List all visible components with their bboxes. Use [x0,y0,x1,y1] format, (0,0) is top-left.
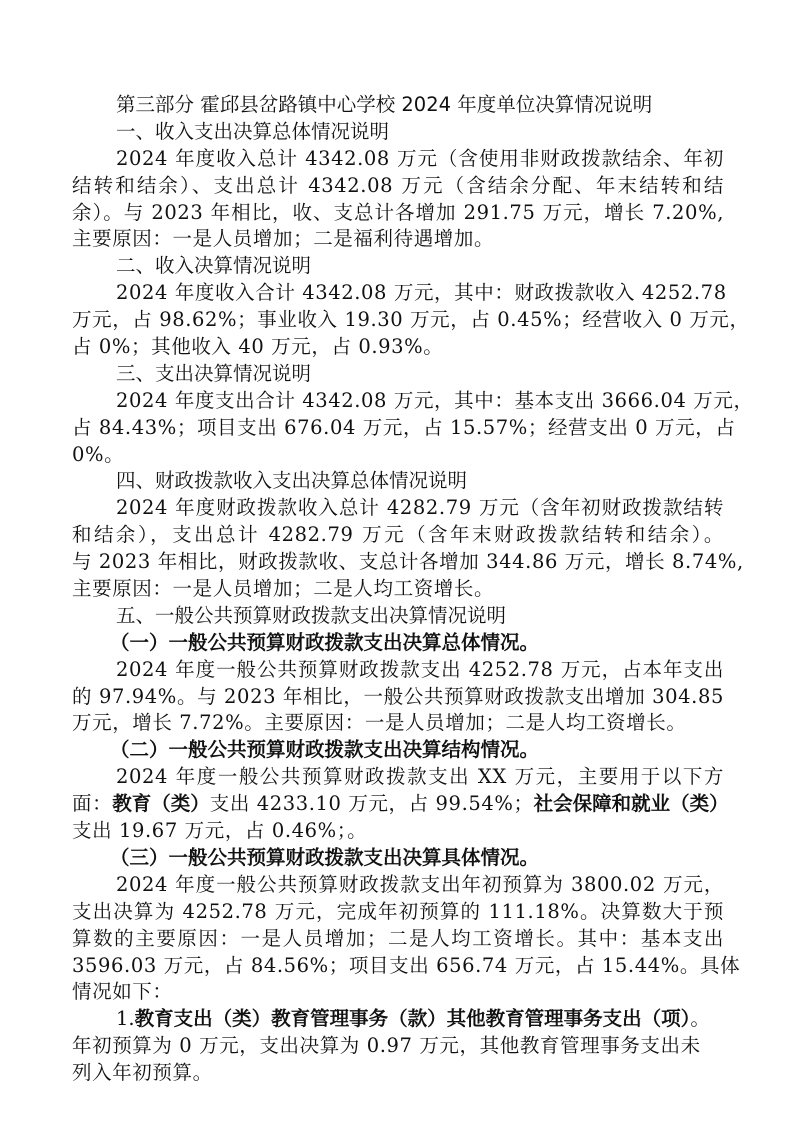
paragraph-line: 支出 19.67 万元，占 0.46%；。 [72,818,724,845]
item-1-heading: 1.教育支出（类）教育管理事务（款）其他教育管理事务支出（项）。 [72,1006,724,1033]
section-1-heading: 一、收入支出决算总体情况说明 [72,119,724,146]
paragraph-line: 年初预算为 0 万元，支出决算为 0.97 万元，其他教育管理事务支出未 [72,1033,724,1060]
paragraph-line: 2024 年度一般公共预算财政拨款支出年初预算为 3800.02 万元， [72,872,724,899]
document-title: 第三部分 霍邱县岔路镇中心学校 2024 年度单位决算情况说明 [72,92,724,119]
paragraph-line: 万元，占 98.62%；事业收入 19.30 万元，占 0.45%；经营收入 0… [72,307,724,334]
subsection-1-heading: （一）一般公共预算财政拨款支出决算总体情况。 [72,630,724,657]
paragraph-line: 2024 年度收入合计 4342.08 万元，其中：财政拨款收入 4252.78 [72,280,724,307]
paragraph-line: 主要原因：一是人员增加；二是人均工资增长。 [72,576,724,603]
paragraph-line: 万元，增长 7.72%。主要原因：一是人员增加；二是人均工资增长。 [72,710,724,737]
text-segment: 支出 4233.10 万元，占 99.54%； [210,792,534,815]
section-3-heading: 三、支出决算情况说明 [72,361,724,388]
paragraph-line: 2024 年度财政拨款收入总计 4282.79 万元（含年初财政拨款结转 [72,495,724,522]
paragraph-line: 余）。与 2023 年相比，收、支总计各增加 291.75 万元，增长 7.20… [72,200,724,227]
paragraph-line: 情况如下： [72,979,724,1006]
paragraph-line: 2024 年度一般公共预算财政拨款支出 XX 万元，主要用于以下方 [72,764,724,791]
bold-category-social-security: 社会保障和就业（类） [534,792,729,815]
paragraph-line: 2024 年度一般公共预算财政拨款支出 4252.78 万元，占本年支出 [72,657,724,684]
paragraph-line: 2024 年度支出合计 4342.08 万元，其中：基本支出 3666.04 万… [72,388,724,415]
section-5-heading: 五、一般公共预算财政拨款支出决算情况说明 [72,603,724,630]
subsection-3-heading: （三）一般公共预算财政拨款支出决算具体情况。 [72,845,724,872]
paragraph-line: 2024 年度收入总计 4342.08 万元（含使用非财政拨款结余、年初 [72,146,724,173]
paragraph-line: 结转和结余）、支出总计 4342.08 万元（含结余分配、年末结转和结 [72,173,724,200]
paragraph-line: 0%。 [72,442,724,469]
paragraph-line-mixed: 面：教育（类）支出 4233.10 万元，占 99.54%；社会保障和就业（类） [72,791,724,818]
paragraph-line: 与 2023 年相比，财政拨款收、支总计各增加 344.86 万元，增长 8.7… [72,549,724,576]
bold-category-education: 教育（类） [112,792,210,815]
paragraph-line: 的 97.94%。与 2023 年相比，一般公共预算财政拨款支出增加 304.8… [72,684,724,711]
text-segment: 面： [72,792,112,815]
paragraph-line: 支出决算为 4252.78 万元，完成年初预算的 111.18%。决算数大于预 [72,899,724,926]
item-1-title: 教育支出（类）教育管理事务（款）其他教育管理事务支出（项） [135,1007,691,1030]
document-page: 第三部分 霍邱县岔路镇中心学校 2024 年度单位决算情况说明 一、收入支出决算… [72,92,724,1087]
paragraph-line: 3596.03 万元，占 84.56%；项目支出 656.74 万元，占 15.… [72,953,724,980]
paragraph-line: 列入年初预算。 [72,1060,724,1087]
paragraph-line: 主要原因：一是人员增加；二是福利待遇增加。 [72,226,724,253]
paragraph-line: 占 84.43%；项目支出 676.04 万元，占 15.57%；经营支出 0 … [72,415,724,442]
section-4-heading: 四、财政拨款收入支出决算总体情况说明 [72,468,724,495]
paragraph-line: 算数的主要原因：一是人员增加；二是人均工资增长。其中：基本支出 [72,926,724,953]
subsection-2-heading: （二）一般公共预算财政拨款支出决算结构情况。 [72,737,724,764]
text-segment: 。 [690,1007,710,1030]
paragraph-line: 占 0%；其他收入 40 万元，占 0.93%。 [72,334,724,361]
section-2-heading: 二、收入决算情况说明 [72,253,724,280]
paragraph-line: 和结余），支出总计 4282.79 万元（含年末财政拨款结转和结余）。 [72,522,724,549]
item-number: 1. [116,1007,135,1030]
